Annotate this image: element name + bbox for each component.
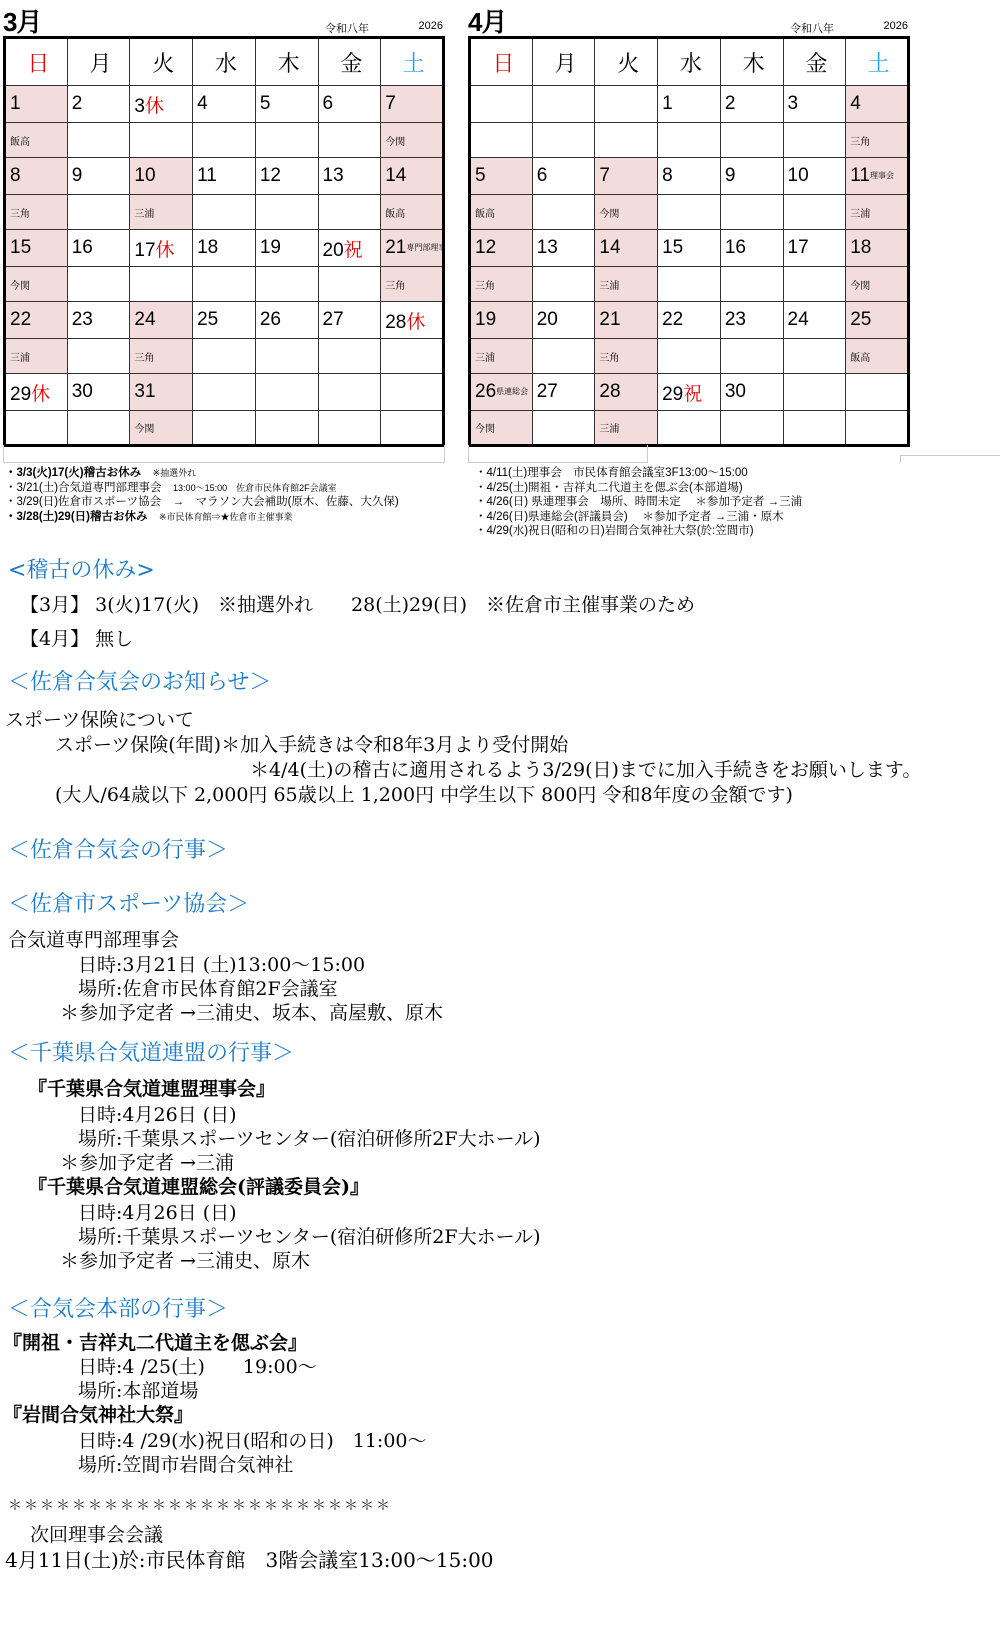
instructor-note: [381, 411, 444, 446]
bullet-item: ・4/11(土)理事会 市民体育館会議室3F13:00～15:00: [475, 466, 802, 481]
weekday-header: 水: [658, 38, 721, 86]
day-cell[interactable]: 19: [470, 302, 533, 339]
day-cell[interactable]: 25: [846, 302, 909, 339]
day-cell[interactable]: 31: [130, 374, 193, 411]
day-cell[interactable]: 5: [255, 86, 318, 123]
bullet-item: ・4/26(日)県連総会(評議員会) ＊参加予定者 →三浦・原木: [475, 510, 802, 525]
cell-frame: [900, 455, 1000, 463]
era-label: 令和八年: [790, 20, 834, 36]
day-number: 30: [72, 381, 93, 402]
instructor-note: 三角: [381, 267, 444, 302]
instructor-note: 三浦: [5, 339, 68, 374]
day-cell[interactable]: 20: [532, 302, 595, 339]
day-cell[interactable]: 15: [5, 230, 68, 267]
day-cell[interactable]: [255, 374, 318, 411]
day-cell[interactable]: 18: [193, 230, 256, 267]
day-cell[interactable]: 11: [193, 158, 256, 195]
instructor-note: [532, 123, 595, 158]
instructor-note: [720, 339, 783, 374]
day-cell[interactable]: 30: [67, 374, 130, 411]
day-number: 5: [475, 165, 486, 186]
instructor-note: [318, 123, 381, 158]
rest-april: 【4月】 無し: [20, 624, 133, 651]
day-number: 9: [72, 165, 83, 186]
instructor-note: [193, 267, 256, 302]
day-cell[interactable]: 16: [720, 230, 783, 267]
next-meeting-label: 次回理事会会議: [30, 1520, 163, 1547]
day-cell[interactable]: [595, 86, 658, 123]
event-place: 場所:千葉県スポーツセンター(宿泊研修所2F大ホール): [78, 1124, 541, 1151]
day-number: 20: [537, 309, 558, 330]
instructor-note: 今関: [595, 195, 658, 230]
instructor-note: 今関: [5, 267, 68, 302]
day-number: 6: [323, 93, 334, 114]
day-cell[interactable]: 14: [595, 230, 658, 267]
day-number: 3: [788, 93, 799, 114]
day-number: 18: [197, 237, 218, 258]
year-label: 2026: [419, 20, 443, 32]
bullet-item: ・4/25(土)開祖・吉祥丸二代道主を偲ぶ会(本部道場): [475, 481, 802, 496]
day-mark: 休: [156, 240, 175, 261]
instructor-note: [67, 411, 130, 446]
event-date: 日時:4 /25(土) 19:00～: [78, 1352, 317, 1379]
event-date: 日時:4 /29(水)祝日(昭和の日) 11:00～: [78, 1426, 427, 1453]
day-cell[interactable]: 16: [67, 230, 130, 267]
cell-frame: [468, 445, 648, 463]
day-number: 15: [10, 237, 31, 258]
day-cell[interactable]: [381, 374, 444, 411]
day-cell[interactable]: [470, 86, 533, 123]
day-cell[interactable]: 21専門部理事会: [381, 230, 444, 267]
instructor-note: [658, 267, 721, 302]
section-heading-rest: <稽古の休み>: [8, 553, 155, 584]
instructor-note: [193, 195, 256, 230]
weekday-header: 金: [783, 38, 846, 86]
notice-line: スポーツ保険について: [5, 705, 194, 732]
instructor-note: [5, 411, 68, 446]
day-cell[interactable]: 8: [658, 158, 721, 195]
day-number: 17: [134, 240, 155, 261]
event-title: 『岩間合気神社大祭』: [3, 1400, 193, 1427]
day-number: 8: [10, 165, 21, 186]
instructor-note: [658, 123, 721, 158]
bullet-item: ・4/26(日) 県連理事会 場所、時間未定 ＊参加予定者 →三浦: [475, 495, 802, 510]
day-cell[interactable]: 27: [532, 374, 595, 411]
day-number: 23: [72, 309, 93, 330]
day-cell[interactable]: 27: [318, 302, 381, 339]
day-number: 12: [475, 237, 496, 258]
day-number: 10: [134, 165, 155, 186]
instructor-note: [783, 339, 846, 374]
day-cell[interactable]: 26: [255, 302, 318, 339]
instructor-note: [595, 123, 658, 158]
day-cell[interactable]: [318, 374, 381, 411]
next-meeting-detail: 4月11日(土)於:市民体育館 3階会議室13:00～15:00: [5, 1544, 494, 1573]
notice-line: (大人/64歳以下 2,000円 65歳以上 1,200円 中学生以下 800円…: [55, 780, 793, 807]
instructor-note: 三角: [595, 339, 658, 374]
day-cell[interactable]: 6: [532, 158, 595, 195]
instructor-note: [658, 411, 721, 446]
instructor-note: [67, 339, 130, 374]
instructor-note: [783, 195, 846, 230]
day-cell[interactable]: 21: [595, 302, 658, 339]
instructor-note: [67, 123, 130, 158]
weekday-header: 水: [193, 38, 256, 86]
weekday-header: 火: [130, 38, 193, 86]
instructor-note: [846, 411, 909, 446]
instructor-note: 三浦: [846, 195, 909, 230]
day-number: 12: [260, 165, 281, 186]
day-cell[interactable]: 10: [783, 158, 846, 195]
day-number: 6: [537, 165, 548, 186]
day-cell[interactable]: 6: [318, 86, 381, 123]
day-cell[interactable]: 4: [193, 86, 256, 123]
instructor-note: [720, 267, 783, 302]
section-heading-notice: ＜佐倉合気会のお知らせ＞: [8, 665, 271, 696]
rest-march: 【3月】 3(火)17(火) ※抽選外れ 28(土)29(日) ※佐倉市主催事業…: [20, 590, 695, 617]
day-cell[interactable]: 9: [720, 158, 783, 195]
day-cell[interactable]: [846, 374, 909, 411]
day-number: 28: [599, 381, 620, 402]
day-cell[interactable]: 2: [67, 86, 130, 123]
day-number: 28: [385, 312, 406, 333]
instructor-note: [318, 267, 381, 302]
day-cell[interactable]: 20祝: [318, 230, 381, 267]
day-cell[interactable]: 24: [130, 302, 193, 339]
instructor-note: [255, 267, 318, 302]
weekday-header: 土: [381, 38, 444, 86]
event-date: 日時:4月26日 (日): [78, 1198, 237, 1225]
day-number: 21: [599, 309, 620, 330]
event-place: 場所:佐倉市民体育館2F会議室: [78, 974, 338, 1001]
event-attendees: ＊参加予定者 →三浦史、坂本、高屋敷、原木: [60, 998, 443, 1025]
day-number: 3: [134, 96, 145, 117]
day-cell[interactable]: 29休: [5, 374, 68, 411]
event-title: 『開祖・吉祥丸二代道主を偲ぶ会』: [3, 1328, 307, 1355]
instructor-note: [470, 123, 533, 158]
day-number: 11: [850, 165, 870, 186]
instructor-note: 今関: [381, 123, 444, 158]
separator-stars: ＊＊＊＊＊＊＊＊＊＊＊＊＊＊＊＊＊＊＊＊＊＊＊＊: [8, 1495, 392, 1515]
section-heading-events: ＜佐倉合気会の行事＞: [8, 833, 228, 864]
day-event-note: 県連総会: [496, 387, 528, 396]
era-label: 令和八年: [325, 20, 369, 36]
weekday-header: 木: [720, 38, 783, 86]
calendar-grid: 日月火水木金土123休4567飯高今関891011121314三角三浦飯高151…: [3, 36, 445, 447]
day-mark: 休: [31, 384, 50, 405]
day-number: 14: [385, 165, 406, 186]
instructor-note: [532, 411, 595, 446]
calendar-grid: 日月火水木金土1234三角567891011理事会飯高今関三浦121314151…: [468, 36, 910, 447]
day-number: 7: [385, 93, 396, 114]
instructor-note: [658, 195, 721, 230]
day-cell[interactable]: 7: [595, 158, 658, 195]
day-number: 20: [323, 240, 344, 261]
instructor-note: 三浦: [595, 267, 658, 302]
day-number: 19: [260, 237, 281, 258]
instructor-note: 三角: [846, 123, 909, 158]
instructor-note: [130, 123, 193, 158]
instructor-note: [532, 267, 595, 302]
event-attendees: ＊参加予定者 →三浦: [60, 1148, 234, 1175]
instructor-note: [783, 123, 846, 158]
day-cell[interactable]: 8: [5, 158, 68, 195]
day-number: 17: [788, 237, 809, 258]
instructor-note: [318, 411, 381, 446]
day-number: 29: [662, 384, 683, 405]
event-place: 場所:千葉県スポーツセンター(宿泊研修所2F大ホール): [78, 1222, 541, 1249]
weekday-header: 金: [318, 38, 381, 86]
instructor-note: [67, 267, 130, 302]
weekday-header: 月: [532, 38, 595, 86]
day-number: 1: [10, 93, 21, 114]
day-cell[interactable]: 1: [5, 86, 68, 123]
day-cell[interactable]: 29祝: [658, 374, 721, 411]
day-number: 13: [537, 237, 558, 258]
day-cell[interactable]: 9: [67, 158, 130, 195]
day-cell[interactable]: 22: [5, 302, 68, 339]
day-cell[interactable]: 10: [130, 158, 193, 195]
day-event-note: 専門部理事会: [406, 243, 443, 252]
day-number: 31: [134, 381, 155, 402]
day-cell[interactable]: 12: [470, 230, 533, 267]
day-number: 15: [662, 237, 683, 258]
day-cell[interactable]: [532, 86, 595, 123]
day-number: 30: [725, 381, 746, 402]
instructor-note: [318, 195, 381, 230]
weekday-header: 日: [5, 38, 68, 86]
instructor-note: [318, 339, 381, 374]
event-title: 合気道専門部理事会: [8, 925, 179, 952]
day-cell[interactable]: 14: [381, 158, 444, 195]
day-number: 22: [662, 309, 683, 330]
bullet-item: ・4/29(水)祝日(昭和の日)岩間合気神社大祭(於:笠間市): [475, 524, 802, 539]
day-number: 9: [725, 165, 736, 186]
instructor-note: 三浦: [130, 195, 193, 230]
day-cell[interactable]: 23: [67, 302, 130, 339]
instructor-note: 今関: [130, 411, 193, 446]
day-cell[interactable]: 3休: [130, 86, 193, 123]
instructor-note: 三角: [470, 267, 533, 302]
bullet-item: ・3/28(土)29(日)稽古お休み ※市民体育館⇒★佐倉市主催事業: [5, 510, 399, 525]
instructor-note: [193, 339, 256, 374]
day-number: 11: [197, 165, 217, 186]
day-number: 26: [475, 381, 496, 402]
day-number: 16: [72, 237, 93, 258]
instructor-note: 飯高: [470, 195, 533, 230]
day-cell[interactable]: [783, 374, 846, 411]
day-number: 19: [475, 309, 496, 330]
day-number: 7: [599, 165, 610, 186]
day-number: 2: [725, 93, 736, 114]
day-cell[interactable]: 25: [193, 302, 256, 339]
instructor-note: [130, 267, 193, 302]
day-cell[interactable]: 24: [783, 302, 846, 339]
instructor-note: [658, 339, 721, 374]
day-event-note: 理事会: [870, 171, 894, 180]
event-place: 場所:笠間市岩間合気神社: [78, 1450, 293, 1477]
day-number: 13: [323, 165, 344, 186]
calendar-april: 4月 令和八年 2026 日月火水木金土1234三角567891011理事会飯高…: [468, 0, 910, 447]
section-heading-sports-assoc: ＜佐倉市スポーツ協会＞: [8, 887, 249, 918]
day-cell[interactable]: 26県連総会: [470, 374, 533, 411]
day-cell[interactable]: 22: [658, 302, 721, 339]
day-cell[interactable]: 15: [658, 230, 721, 267]
instructor-note: 今関: [470, 411, 533, 446]
day-number: 21: [385, 237, 406, 258]
instructor-note: [532, 195, 595, 230]
day-number: 8: [662, 165, 673, 186]
month-title: 3月: [3, 2, 41, 39]
instructor-note: 三浦: [595, 411, 658, 446]
instructor-note: [255, 195, 318, 230]
day-cell[interactable]: 17休: [130, 230, 193, 267]
day-number: 10: [788, 165, 809, 186]
event-title: 『千葉県合気道連盟理事会』: [28, 1074, 275, 1101]
day-number: 18: [850, 237, 871, 258]
instructor-note: [381, 339, 444, 374]
day-number: 25: [197, 309, 218, 330]
weekday-header: 月: [67, 38, 130, 86]
day-number: 29: [10, 384, 31, 405]
instructor-note: [255, 123, 318, 158]
day-number: 26: [260, 309, 281, 330]
instructor-note: 今関: [846, 267, 909, 302]
instructor-note: 飯高: [5, 123, 68, 158]
day-number: 22: [10, 309, 31, 330]
day-cell[interactable]: 13: [318, 158, 381, 195]
instructor-note: [783, 411, 846, 446]
day-cell[interactable]: 28休: [381, 302, 444, 339]
instructor-note: 三浦: [470, 339, 533, 374]
event-place: 場所:本部道場: [78, 1376, 198, 1403]
instructor-note: [720, 195, 783, 230]
event-date: 日時:3月21日 (土)13:00～15:00: [78, 950, 365, 977]
day-cell[interactable]: 18: [846, 230, 909, 267]
event-title: 『千葉県合気道連盟総会(評議委員会)』: [28, 1172, 369, 1199]
section-heading-honbu: ＜合気会本部の行事＞: [8, 1292, 228, 1323]
april-bullets: ・4/11(土)理事会 市民体育館会議室3F13:00～15:00 ・4/25(…: [475, 466, 802, 539]
weekday-header: 木: [255, 38, 318, 86]
day-cell[interactable]: 19: [255, 230, 318, 267]
bullet-item: ・3/3(火)17(火)稽古お休み ※抽選外れ: [5, 466, 399, 481]
day-cell[interactable]: 7: [381, 86, 444, 123]
day-number: 5: [260, 93, 271, 114]
instructor-note: [783, 267, 846, 302]
instructor-note: [255, 411, 318, 446]
day-number: 27: [323, 309, 344, 330]
section-heading-chiba: ＜千葉県合気道連盟の行事＞: [8, 1036, 294, 1067]
year-label: 2026: [884, 20, 908, 32]
notice-line: ＊4/4(土)の稽古に適用されるよう3/29(日)までに加入手続きをお願いします…: [250, 755, 921, 782]
day-mark: 休: [406, 312, 425, 333]
instructor-note: [67, 195, 130, 230]
instructor-note: [532, 339, 595, 374]
day-number: 27: [537, 381, 558, 402]
instructor-note: [720, 411, 783, 446]
instructor-note: [193, 123, 256, 158]
cell-frame: [3, 445, 445, 463]
event-date: 日時:4月26日 (日): [78, 1100, 237, 1127]
weekday-header: 火: [595, 38, 658, 86]
march-bullets: ・3/3(火)17(火)稽古お休み ※抽選外れ ・3/21(土)合気道専門部理事…: [5, 466, 399, 524]
instructor-note: 三角: [130, 339, 193, 374]
weekday-header: 日: [470, 38, 533, 86]
day-number: 16: [725, 237, 746, 258]
instructor-note: [193, 411, 256, 446]
day-number: 24: [788, 309, 809, 330]
instructor-note: 三角: [5, 195, 68, 230]
instructor-note: [255, 339, 318, 374]
day-cell[interactable]: [193, 374, 256, 411]
bullet-item: ・3/29(日)佐倉市スポーツ協会 → マラソン大会補助(原木、佐藤、大久保): [5, 495, 399, 510]
calendar-march: 3月 令和八年 2026 日月火水木金土123休4567飯高今関89101112…: [3, 0, 445, 447]
day-cell[interactable]: 4: [846, 86, 909, 123]
day-mark: 休: [145, 96, 164, 117]
day-cell[interactable]: 13: [532, 230, 595, 267]
day-number: 4: [197, 93, 208, 114]
bullet-item: ・3/21(土)合気道専門部理事会 13:00～15:00 佐倉市民体育館2F会…: [5, 481, 399, 496]
day-number: 2: [72, 93, 83, 114]
day-cell[interactable]: 23: [720, 302, 783, 339]
day-cell[interactable]: 3: [783, 86, 846, 123]
day-number: 23: [725, 309, 746, 330]
day-number: 4: [850, 93, 861, 114]
day-cell[interactable]: 17: [783, 230, 846, 267]
month-title: 4月: [468, 2, 506, 39]
day-number: 24: [134, 309, 155, 330]
day-cell[interactable]: 5: [470, 158, 533, 195]
weekday-header: 土: [846, 38, 909, 86]
day-number: 14: [599, 237, 620, 258]
day-number: 1: [662, 93, 673, 114]
day-cell[interactable]: 1: [658, 86, 721, 123]
instructor-note: 飯高: [381, 195, 444, 230]
day-number: 25: [850, 309, 871, 330]
event-attendees: ＊参加予定者 →三浦史、原木: [60, 1246, 310, 1273]
instructor-note: [720, 123, 783, 158]
day-mark: 祝: [344, 240, 363, 261]
day-cell[interactable]: 2: [720, 86, 783, 123]
day-cell[interactable]: 28: [595, 374, 658, 411]
day-cell[interactable]: 30: [720, 374, 783, 411]
notice-line: スポーツ保険(年間)＊加入手続きは令和8年3月より受付開始: [55, 730, 568, 757]
day-cell[interactable]: 12: [255, 158, 318, 195]
instructor-note: 飯高: [846, 339, 909, 374]
day-cell[interactable]: 11理事会: [846, 158, 909, 195]
day-mark: 祝: [683, 384, 702, 405]
